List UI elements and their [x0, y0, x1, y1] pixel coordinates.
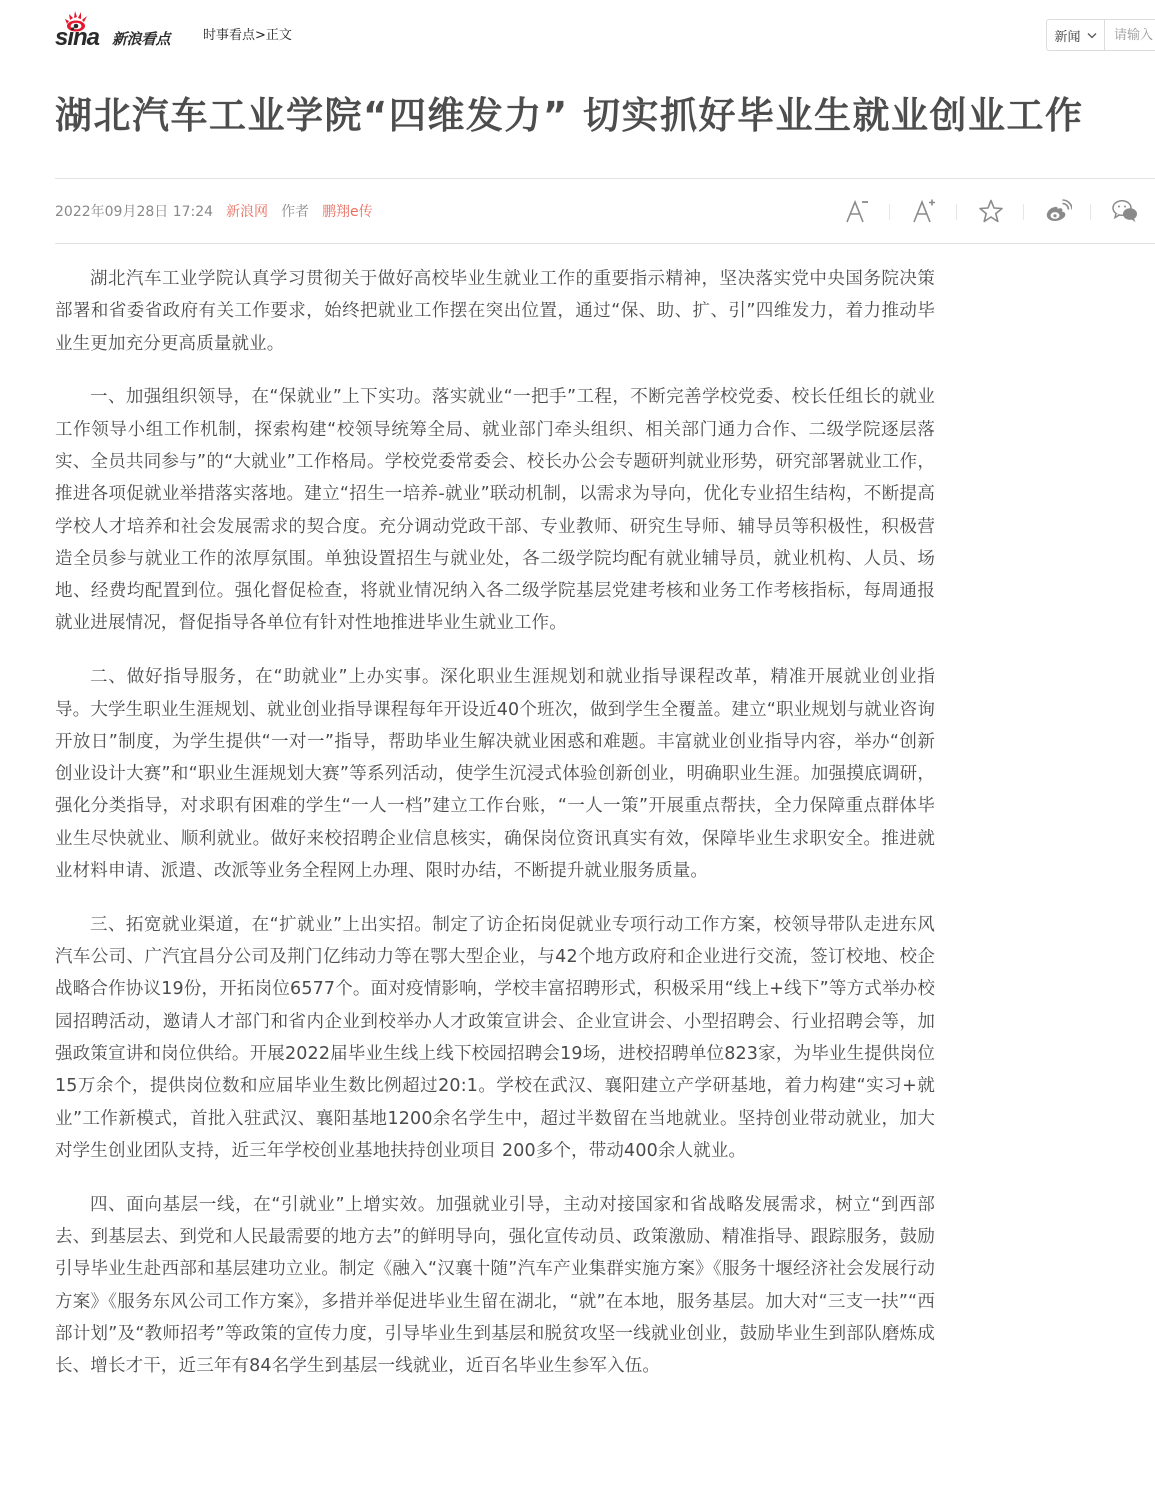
star-icon: [978, 198, 1004, 224]
article-paragraph: 二、做好指导服务，在“助就业”上办实事。深化职业生涯规划和就业指导课程改革，精准…: [55, 661, 935, 887]
article-paragraph: 四、面向基层一线，在“引就业”上增实效。加强就业引导，主动对接国家和省战略发展需…: [55, 1189, 935, 1383]
sina-logo[interactable]: sina 新浪看点: [55, 10, 195, 48]
article-body: 湖北汽车工业学院认真学习贯彻关于做好高校毕业生就业工作的重要指示精神，坚决落实党…: [55, 263, 935, 1404]
font-increase-icon: [911, 198, 937, 224]
breadcrumb: 时事看点>正文: [203, 28, 292, 44]
article-paragraph: 湖北汽车工业学院认真学习贯彻关于做好高校毕业生就业工作的重要指示精神，坚决落实党…: [55, 263, 935, 360]
author-link[interactable]: 鹏翔e传: [322, 204, 373, 220]
top-header: sina 新浪看点 时事看点>正文 新闻: [0, 0, 1155, 60]
article-paragraph: 三、拓宽就业渠道，在“扩就业”上出实招。制定了访企拓岗促就业专项行动工作方案，校…: [55, 909, 935, 1167]
source-link[interactable]: 新浪网: [226, 204, 268, 220]
publish-date: 2022年09月28日 17:24: [55, 204, 213, 220]
search-input[interactable]: [1105, 20, 1155, 50]
font-increase-button[interactable]: [890, 179, 957, 243]
search-category-dropdown[interactable]: 新闻: [1047, 20, 1105, 50]
sina-wordmark: sina: [55, 26, 99, 50]
article-meta: 2022年09月28日 17:24新浪网作者鹏翔e传: [55, 203, 373, 221]
breadcrumb-separator: >: [255, 28, 266, 43]
logo-subtitle: 新浪看点: [112, 30, 170, 48]
search-category-label: 新闻: [1054, 26, 1080, 45]
wechat-icon: [1111, 198, 1139, 224]
breadcrumb-section-link[interactable]: 时事看点: [203, 28, 255, 43]
breadcrumb-current: 正文: [266, 28, 292, 43]
chevron-down-icon: [1087, 32, 1097, 39]
font-decrease-button[interactable]: [823, 179, 890, 243]
article-title: 湖北汽车工业学院“四维发力” 切实抓好毕业生就业创业工作: [55, 94, 1084, 138]
article-toolbar: [823, 179, 1155, 243]
weibo-icon: [1044, 198, 1072, 224]
article-paragraph: 一、加强组织领导，在“保就业”上下实功。落实就业“一把手”工程，不断完善学校党委…: [55, 381, 935, 639]
font-decrease-icon: [844, 198, 870, 224]
share-weibo-button[interactable]: [1024, 179, 1091, 243]
author-label: 作者: [281, 204, 309, 220]
favorite-button[interactable]: [957, 179, 1024, 243]
article-meta-bar: 2022年09月28日 17:24新浪网作者鹏翔e传: [55, 178, 1155, 244]
search-box: 新闻: [1046, 19, 1155, 51]
share-wechat-button[interactable]: [1091, 179, 1155, 243]
